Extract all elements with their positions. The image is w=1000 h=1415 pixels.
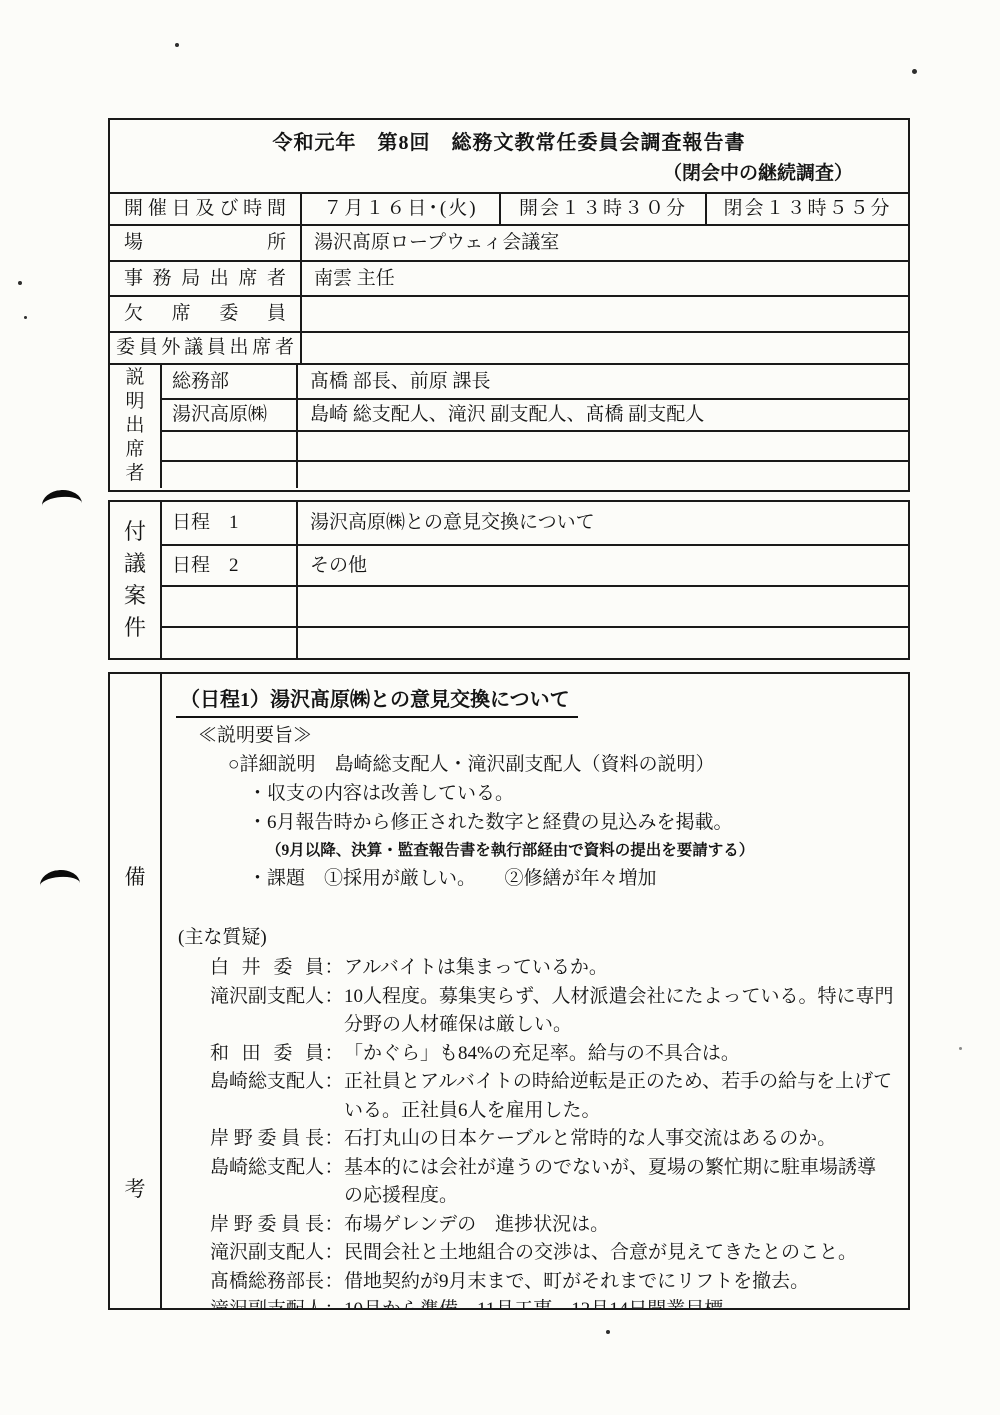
qa-colon: ： — [324, 1068, 344, 1125]
secretariat-value: 南雲 主任 — [300, 262, 908, 295]
absent-label: 欠席委員 — [110, 300, 300, 328]
explainer-org: 湯沢高原㈱ — [162, 400, 298, 430]
notes-body: （日程1）湯沢髙原㈱との意見交換について ≪説明要旨≫ ○詳細説明 島崎総支配人… — [162, 674, 908, 1308]
summary-title: ≪説明要旨≫ — [198, 721, 894, 750]
qa-line: 岸野委員長：石打丸山の日本ケーブルと常時的な人事交流はあるのか。 — [210, 1125, 894, 1154]
scan-speck — [175, 43, 179, 47]
date-cell: ７月１６日･(火) — [300, 194, 499, 224]
secretariat-label-cell: 事務局出席者 — [110, 262, 300, 295]
explainers-vertical-label: 説明出席者 — [110, 365, 162, 488]
qa-colon: ： — [324, 954, 344, 983]
absent-value — [300, 297, 908, 331]
qa-colon: ： — [324, 983, 344, 1040]
qa-line: 滝沢副支配人：10人程度。募集実らず、人材派遣会社にたよっている。特に専門分野の… — [210, 983, 894, 1040]
explainers-rows: 総務部 髙橋 部長、前原 課長 湯沢高原㈱ 島崎 総支配人、滝沢 副支配人、髙橋… — [162, 365, 908, 488]
row-absent: 欠席委員 — [110, 295, 908, 331]
report-title: 令和元年 第8回 総務文教常任委員会調査報告書 — [110, 120, 908, 158]
explainer-org: 総務部 — [162, 365, 298, 398]
agenda-no: 日程 2 — [162, 546, 298, 585]
explainer-row: 湯沢高原㈱ 島崎 総支配人、滝沢 副支配人、髙橋 副支配人 — [162, 398, 908, 430]
scanned-report-page: 令和元年 第8回 総務文教常任委員会調査報告書 （閉会中の継続調査） 開催日及び… — [0, 0, 1000, 1415]
outside-label: 委員外議員出席者 — [110, 334, 300, 362]
qa-text: 10人程度。募集実らず、人材派遣会社にたよっている。特に専門分野の人材確保は厳し… — [344, 983, 894, 1040]
notes-label-bottom-char: 考 — [110, 1174, 160, 1204]
agenda-no: 日程 1 — [162, 502, 298, 544]
qa-speaker: 滝沢副支配人 — [210, 1239, 324, 1268]
datetime-label-cell: 開催日及び時間 — [110, 194, 300, 224]
explainer-org — [162, 462, 298, 488]
notes-vertical-label: 備 考 — [110, 674, 162, 1308]
place-value: 湯沢髙原ロープウェィ会議室 — [300, 226, 908, 260]
absent-label-cell: 欠席委員 — [110, 297, 300, 331]
qa-text: 正社員とアルバイトの時給逆転是正のため、若手の給与を上げている。正社員6人を雇用… — [344, 1068, 894, 1125]
explainer-names — [298, 432, 908, 460]
row-datetime: 開催日及び時間 ７月１６日･(火) 開会１３時３０分 閉会１３時５５分 — [110, 192, 908, 224]
row-secretariat: 事務局出席者 南雲 主任 — [110, 260, 908, 295]
explainer-org — [162, 432, 298, 460]
qa-colon: ： — [324, 1296, 344, 1308]
qa-title: (主な質疑) — [178, 923, 894, 952]
explainer-names: 島崎 総支配人、滝沢 副支配人、髙橋 副支配人 — [298, 400, 908, 430]
place-label-cell: 場所 — [110, 226, 300, 260]
qa-line: 滝沢副支配人：民間会社と土地組合の交渉は、合意が見えてきたとのこと。 — [210, 1239, 894, 1268]
close-time-cell: 閉会１３時５５分 — [705, 194, 908, 224]
paren-note: （9月以降、決算・監査報告書を執行部経由で資料の提出を要請する） — [266, 837, 894, 864]
qa-text: アルバイトは集まっているか。 — [344, 954, 894, 983]
qa-line: 髙橋総務部長：借地契約が9月末まで、町がそれまでにリフトを撤去。 — [210, 1268, 894, 1297]
qa-speaker: 滝沢副支配人 — [210, 983, 324, 1040]
explainers-section: 説明出席者 総務部 髙橋 部長、前原 課長 湯沢高原㈱ 島崎 総支配人、滝沢 副… — [110, 363, 908, 488]
agenda-rows: 日程 1 湯沢高原㈱との意見交換について 日程 2 その他 — [162, 502, 908, 658]
row-place: 場所 湯沢髙原ロープウェィ会議室 — [110, 224, 908, 260]
explainer-row — [162, 460, 908, 488]
qa-text: 借地契約が9月末まで、町がそれまでにリフトを撤去。 — [344, 1268, 894, 1297]
scan-speck — [912, 69, 917, 74]
agenda-no — [162, 628, 298, 658]
datetime-label: 開催日及び時間 — [110, 195, 300, 223]
qa-line: 和田委員：「かぐら」も84%の充足率。給与の不具合は。 — [210, 1040, 894, 1069]
qa-line: 白井委員：アルバイトは集まっているか。 — [210, 954, 894, 983]
qa-text: 布場ゲレンデの 進捗状況は。 — [344, 1211, 894, 1240]
qa-speaker: 滝沢副支配人 — [210, 1296, 324, 1308]
qa-colon: ： — [324, 1040, 344, 1069]
qa-speaker: 白井委員 — [210, 954, 324, 983]
qa-speaker: 島崎総支配人 — [210, 1154, 324, 1211]
qa-speaker: 岸野委員長 — [210, 1211, 324, 1240]
scan-artifact-arc — [39, 869, 81, 901]
qa-line: 島崎総支配人：正社員とアルバイトの時給逆転是正のため、若手の給与を上げている。正… — [210, 1068, 894, 1125]
bullet-line: ・6月報告時から修正された数字と経費の見込みを掲載。 — [248, 808, 894, 837]
qa-colon: ： — [324, 1268, 344, 1297]
qa-colon: ： — [324, 1125, 344, 1154]
agenda-no — [162, 587, 298, 626]
qa-line: 島崎総支配人：基本的には会社が違うのでないが、夏場の繁忙期に駐車場誘導の応援程度… — [210, 1154, 894, 1211]
agenda-row: 日程 1 湯沢高原㈱との意見交換について — [162, 502, 908, 544]
scan-speck — [606, 1330, 610, 1334]
qa-speaker: 岸野委員長 — [210, 1125, 324, 1154]
qa-speaker: 髙橋総務部長 — [210, 1268, 324, 1297]
agenda-row: 日程 2 その他 — [162, 544, 908, 585]
qa-colon: ： — [324, 1239, 344, 1268]
scan-speck — [959, 1047, 962, 1050]
place-label: 場所 — [110, 229, 300, 257]
bullet-line: ・課題 ①採用が厳しい。 ②修繕が年々増加 — [248, 864, 894, 893]
qa-speaker: 島崎総支配人 — [210, 1068, 324, 1125]
explainer-names: 髙橋 部長、前原 課長 — [298, 365, 908, 398]
explainer-row: 総務部 髙橋 部長、前原 課長 — [162, 365, 908, 398]
qa-text: 10月から準備、11月工事、12月14日開業目標。 — [344, 1296, 894, 1308]
qa-speaker: 和田委員 — [210, 1040, 324, 1069]
agenda-title: 湯沢高原㈱との意見交換について — [298, 502, 908, 544]
qa-colon: ： — [324, 1211, 344, 1240]
explainer-names — [298, 462, 908, 488]
qa-text: 民間会社と土地組合の交渉は、合意が見えてきたとのこと。 — [344, 1239, 894, 1268]
detail-line: ○詳細説明 島崎総支配人・滝沢副支配人（資料の説明） — [228, 750, 894, 779]
agenda-title — [298, 628, 908, 658]
qa-text: 「かぐら」も84%の充足率。給与の不具合は。 — [344, 1040, 894, 1069]
header-table: 令和元年 第8回 総務文教常任委員会調査報告書 （閉会中の継続調査） 開催日及び… — [108, 118, 910, 492]
title-area: 令和元年 第8回 総務文教常任委員会調査報告書 （閉会中の継続調査） — [110, 120, 908, 192]
notes-table: 備 考 （日程1）湯沢髙原㈱との意見交換について ≪説明要旨≫ ○詳細説明 島崎… — [108, 672, 910, 1310]
notes-heading-line: （日程1）湯沢髙原㈱との意見交換について — [176, 686, 894, 718]
notes-heading: （日程1）湯沢髙原㈱との意見交換について — [176, 686, 578, 718]
outside-label-cell: 委員外議員出席者 — [110, 333, 300, 363]
qa-text: 石打丸山の日本ケーブルと常時的な人事交流はあるのか。 — [344, 1125, 894, 1154]
qa-text: 基本的には会社が違うのでないが、夏場の繁忙期に駐車場誘導の応援程度。 — [344, 1154, 894, 1211]
secretariat-label: 事務局出席者 — [110, 265, 300, 293]
notes-label-top-char: 備 — [110, 862, 160, 892]
report-subtitle: （閉会中の継続調査） — [110, 160, 908, 188]
bullet-line: ・収支の内容は改善している。 — [248, 779, 894, 808]
agenda-vertical-label: 付議案件 — [110, 502, 162, 658]
scan-artifact-arc — [41, 489, 83, 521]
agenda-table: 付議案件 日程 1 湯沢高原㈱との意見交換について 日程 2 その他 — [108, 500, 910, 660]
scan-speck — [18, 281, 22, 285]
qa-list: 白井委員：アルバイトは集まっているか。 滝沢副支配人：10人程度。募集実らず、人… — [174, 954, 894, 1308]
outside-value — [300, 333, 908, 363]
agenda-title: その他 — [298, 546, 908, 585]
explainer-row — [162, 430, 908, 460]
qa-colon: ： — [324, 1154, 344, 1211]
qa-line: 岸野委員長：布場ゲレンデの 進捗状況は。 — [210, 1211, 894, 1240]
agenda-row — [162, 626, 908, 658]
agenda-title — [298, 587, 908, 626]
row-outside-members: 委員外議員出席者 — [110, 331, 908, 363]
agenda-row — [162, 585, 908, 626]
open-time-cell: 開会１３時３０分 — [499, 194, 705, 224]
qa-line: 滝沢副支配人：10月から準備、11月工事、12月14日開業目標。 — [210, 1296, 894, 1308]
scan-speck — [24, 316, 27, 319]
